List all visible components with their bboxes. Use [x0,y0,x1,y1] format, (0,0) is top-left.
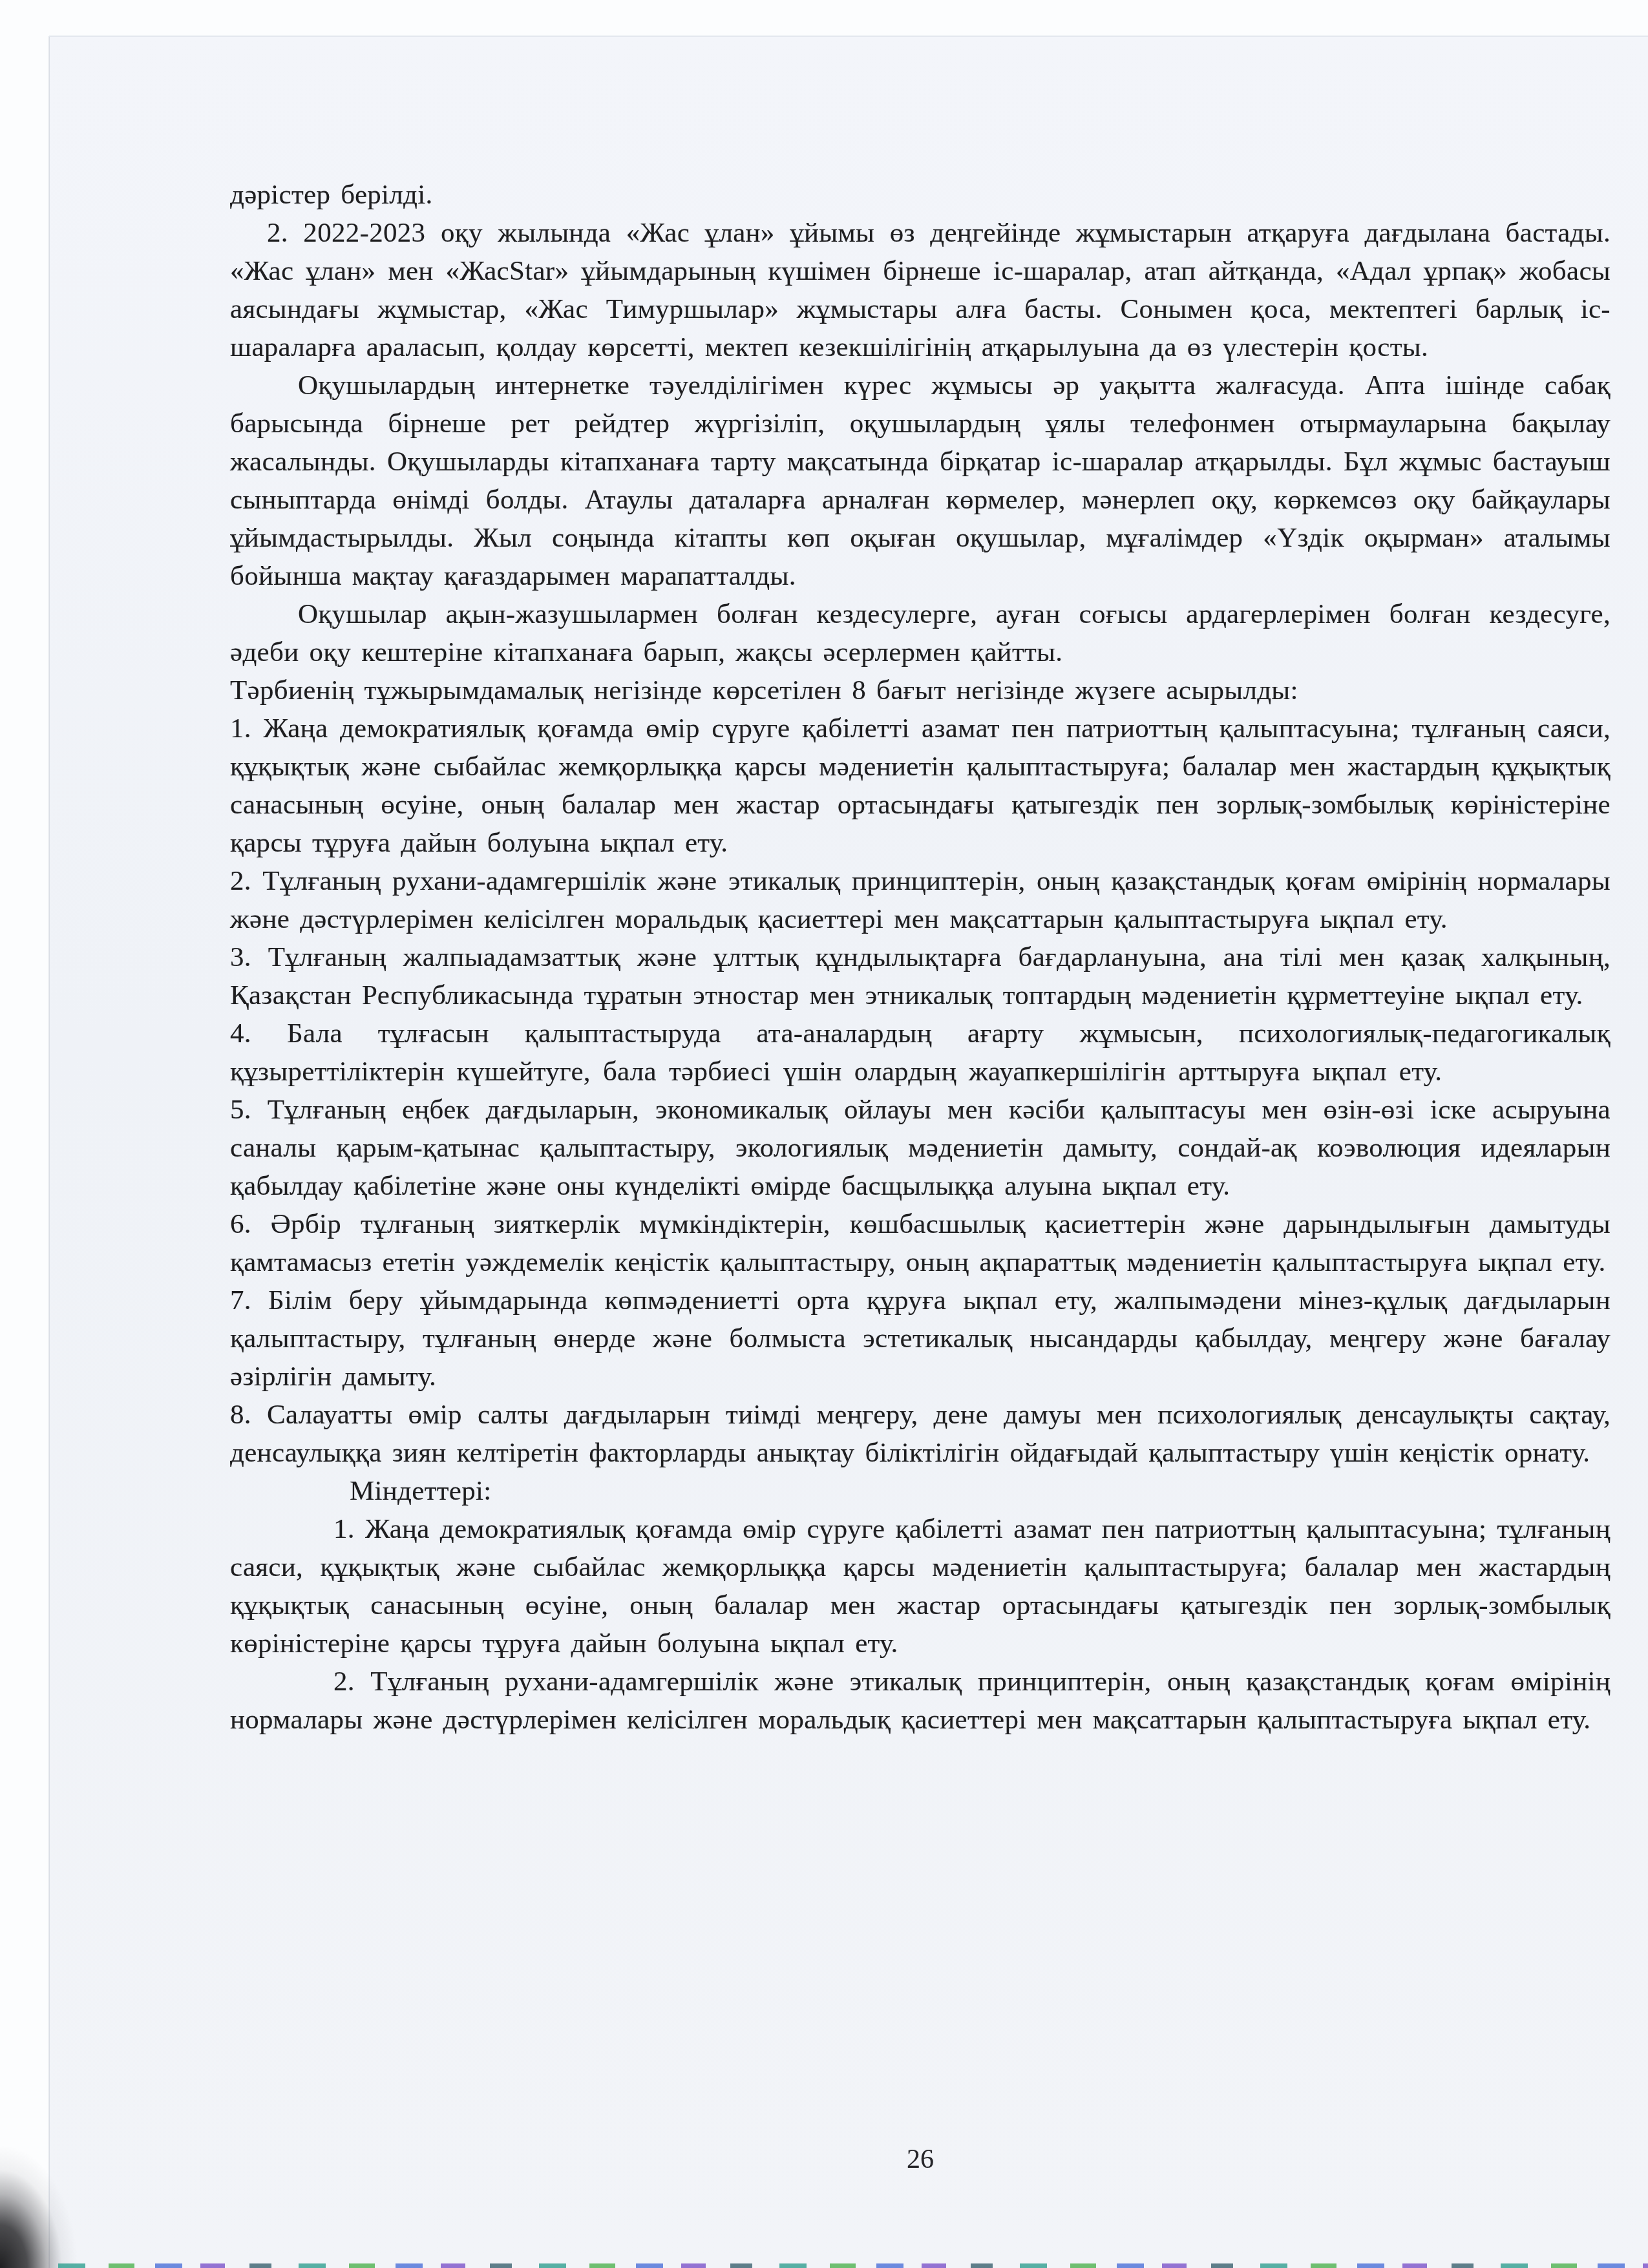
task-item-2: 2. Тұлғаның рухани-адамгершілік және эти… [230,1663,1611,1739]
direction-item-3: 3. Тұлғаның жалпыадамзаттық және ұлттық … [230,938,1611,1014]
page-left-edge-line [48,36,50,2268]
direction-item-1: 1. Жаңа демократиялық қоғамда өмір сүруг… [230,709,1611,862]
tasks-heading: Міндеттері: [230,1472,1611,1510]
scan-noise-strip [58,2263,1648,2268]
paragraph-continuation: дәрістер берілді. [230,176,1611,214]
page-top-edge-line [49,36,1648,37]
paragraph-writers-meetings: Оқушылар ақын-жазушылармен болған кездес… [230,595,1611,671]
direction-item-7: 7. Білім беру ұйымдарында көпмәдениетті … [230,1281,1611,1396]
direction-item-4: 4. Бала тұлғасын қалыптастыруда ата-анал… [230,1014,1611,1091]
task-item-1: 1. Жаңа демократиялық қоғамда өмір сүруг… [230,1510,1611,1663]
direction-item-8: 8. Салауатты өмір салты дағдыларын тиімд… [230,1396,1611,1472]
scanned-document-page: { "page": { "number": "26" }, "colors": … [0,0,1648,2268]
direction-item-5: 5. Тұлғаның еңбек дағдыларын, экономикал… [230,1091,1611,1205]
page-text-block: дәрістер берілді. 2. 2022-2023 оқу жылын… [230,176,1611,1739]
direction-item-2: 2. Тұлғаның рухани-адамгершілік және эти… [230,862,1611,938]
direction-item-6: 6. Әрбір тұлғаның зияткерлік мүмкіндікте… [230,1205,1611,1281]
paragraph-internet-addiction: Оқушылардың интернетке тәуелділігімен кү… [230,366,1611,595]
page-number: 26 [230,2144,1611,2175]
paragraph-directions-heading: Тәрбиенің тұжырымдамалық негізінде көрсе… [230,671,1611,709]
scanner-shadow-artifact [0,2139,84,2268]
paragraph-zhas-ulan: 2. 2022-2023 оқу жылында «Жас ұлан» ұйым… [230,214,1611,366]
